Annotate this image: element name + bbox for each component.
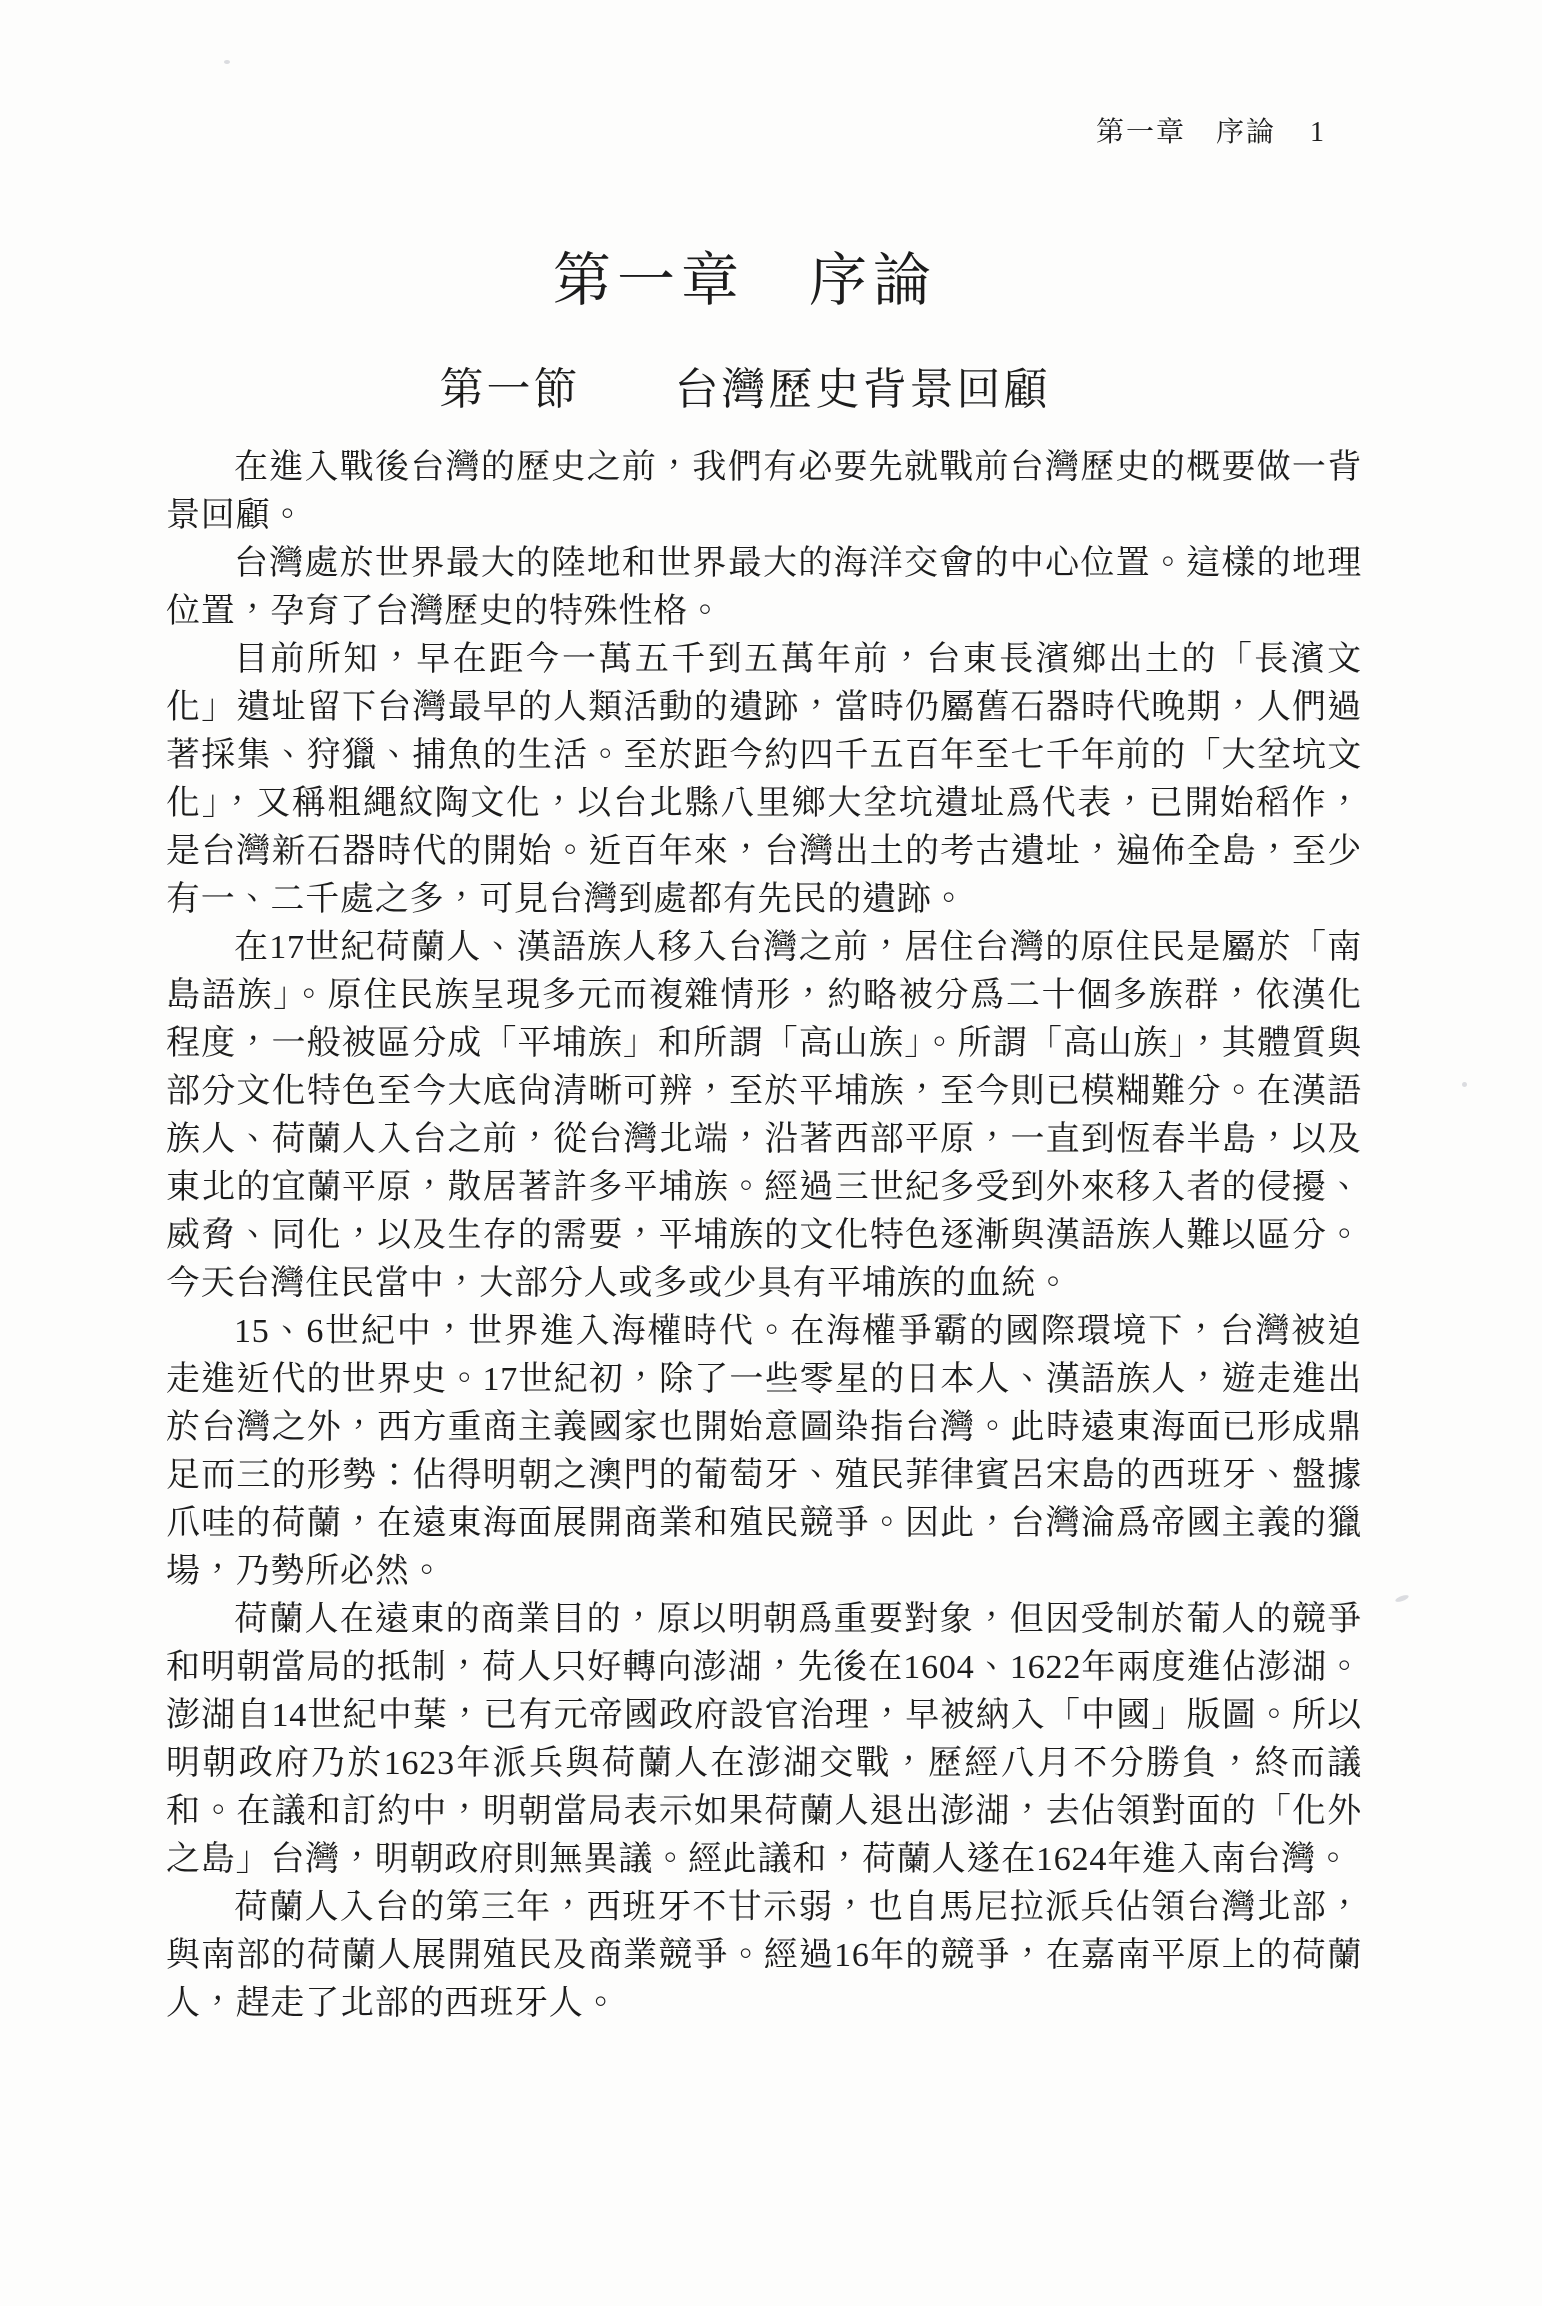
body-paragraph: 台灣處於世界最大的陸地和世界最大的海洋交會的中心位置。這樣的地理位置，孕育了台灣… — [166, 540, 1362, 636]
body-paragraph: 荷蘭人入台的第三年，西班牙不甘示弱，也自馬尼拉派兵佔領台灣北部，與南部的荷蘭人展… — [166, 1884, 1362, 2028]
body-paragraph: 在進入戰後台灣的歷史之前，我們有必要先就戰前台灣歷史的概要做一背景回顧。 — [166, 444, 1362, 540]
chapter-title: 第一章 序論 — [0, 246, 1490, 316]
running-header-chapter: 第一章 序論 — [1096, 117, 1276, 148]
body-paragraph: 目前所知，早在距今一萬五千到五萬年前，台東長濱鄉出土的「長濱文化」遺址留下台灣最… — [166, 636, 1362, 924]
running-header-page-number: 1 — [1310, 117, 1324, 148]
book-page: 第一章 序論1 第一章 序論 第一節 台灣歷史背景回顧 在進入戰後台灣的歷史之前… — [0, 0, 1542, 2306]
scan-artifact — [1395, 1594, 1410, 1603]
body-paragraph: 15、6世紀中，世界進入海權時代。在海權爭霸的國際環境下，台灣被迫走進近代的世界… — [166, 1308, 1362, 1596]
scan-artifact — [224, 60, 230, 64]
body-paragraph: 荷蘭人在遠東的商業目的，原以明朝爲重要對象，但因受制於葡人的競爭和明朝當局的抵制… — [166, 1596, 1362, 1884]
scan-artifact — [1462, 1082, 1467, 1087]
body-text: 在進入戰後台灣的歷史之前，我們有必要先就戰前台灣歷史的概要做一背景回顧。 台灣處… — [166, 444, 1362, 2028]
section-title: 第一節 台灣歷史背景回顧 — [0, 362, 1490, 418]
running-header: 第一章 序論1 — [1096, 116, 1324, 150]
body-paragraph: 在17世紀荷蘭人、漢語族人移入台灣之前，居住台灣的原住民是屬於「南島語族」。原住… — [166, 924, 1362, 1308]
